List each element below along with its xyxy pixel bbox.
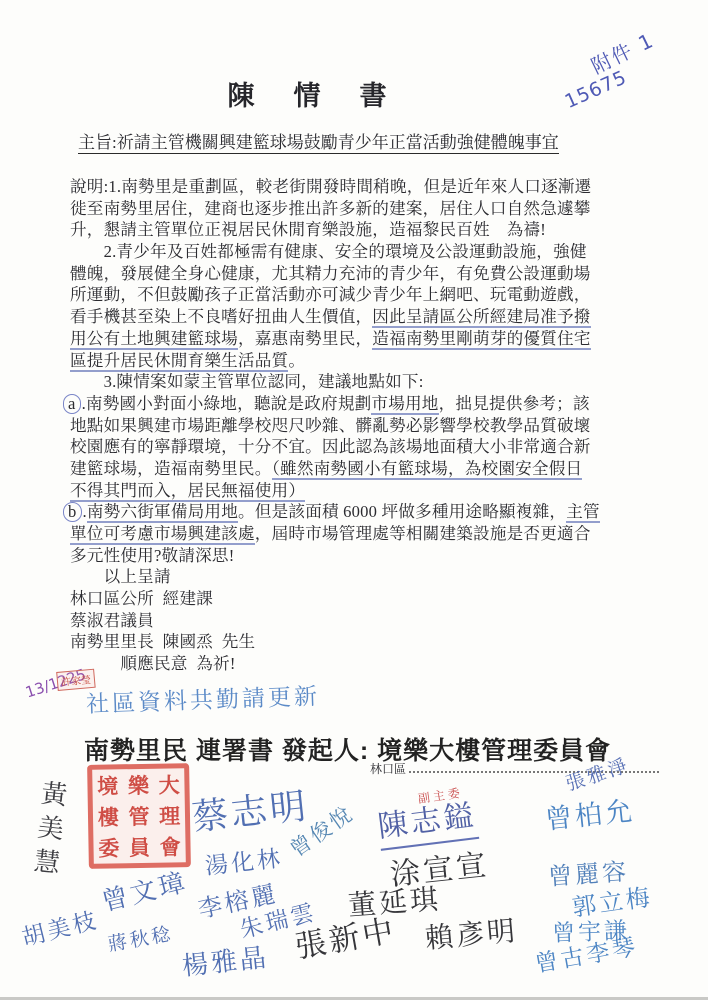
signature: 胡美枝 (18, 902, 102, 953)
signature: 黃美慧 (25, 778, 72, 883)
signature: 楊雅晶 (180, 937, 270, 983)
signature: 曾古李琴 (532, 928, 640, 979)
signature: 曾柏允 (543, 789, 637, 837)
signatures-layer: 黃美慧張雅淨蔡志明副主委陳志鎰曾柏允湯化林曾俊悅涂宣宣曾麗容曾文璋李榕麗董延琪郭… (0, 0, 708, 1000)
scanned-petition-page: 陳 情 書 主旨:祈請主管機關興建籃球場鼓勵青少年正當活動強健體魄事宜 說明:1… (0, 0, 708, 1000)
signature: 曾文璋 (98, 861, 191, 918)
signature: 蔣秋稔 (106, 919, 176, 957)
signature: 賴彥明 (423, 909, 519, 957)
